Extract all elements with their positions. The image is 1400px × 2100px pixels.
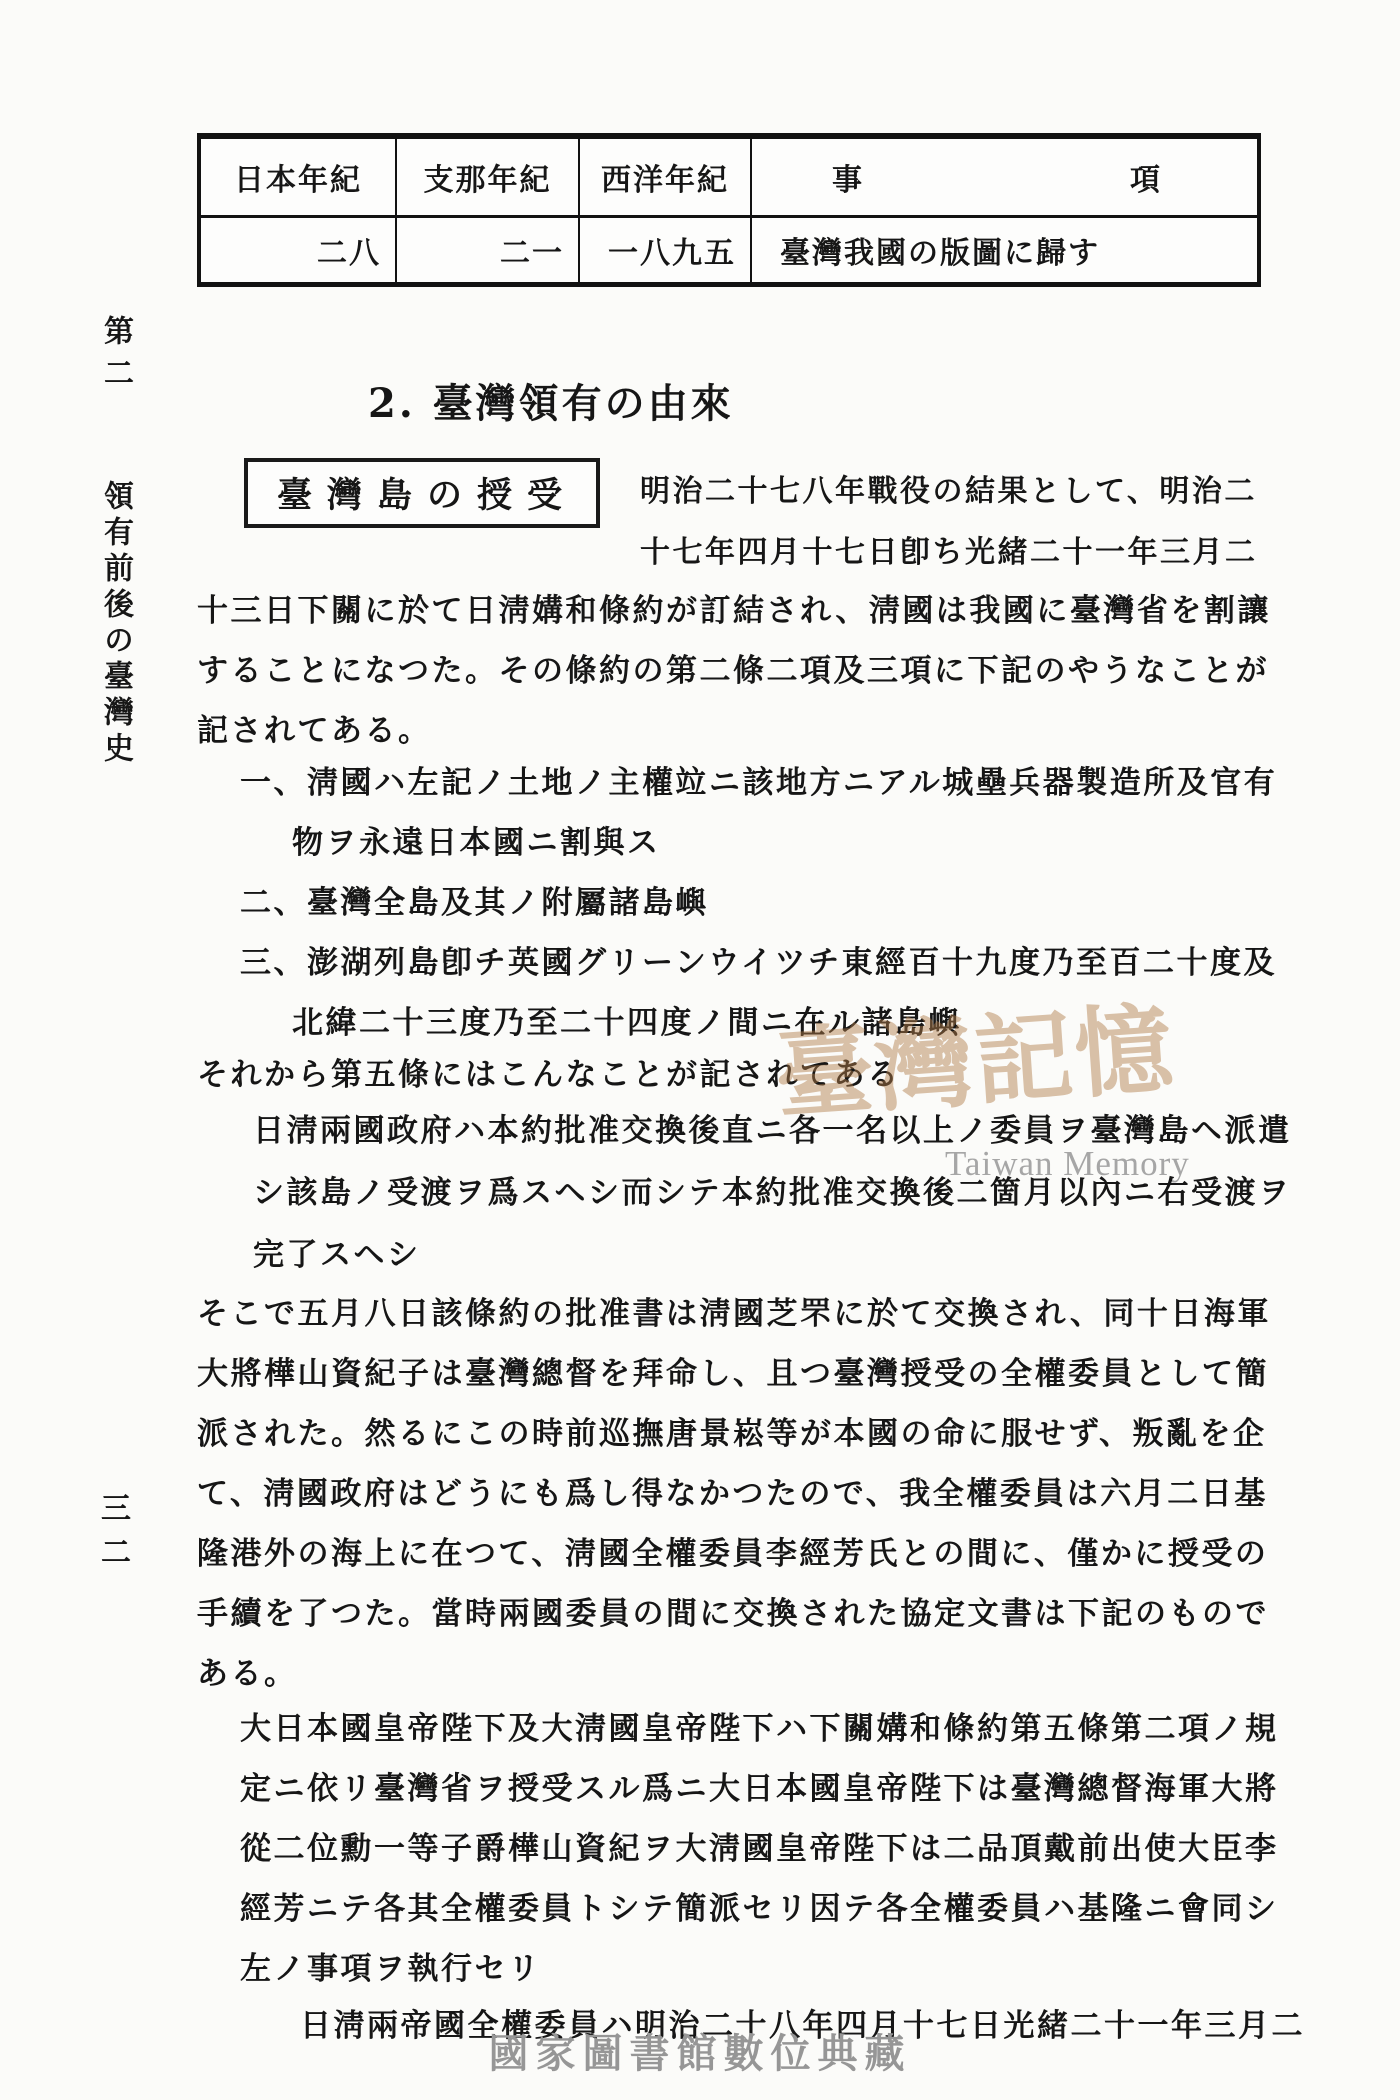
- chronology-table-header-row: 日本年紀 支那年紀 西洋年紀 事 項: [201, 139, 1257, 218]
- agreement-line: 從二位勳一等子爵樺山資紀ヲ大淸國皇帝陛下は二品頂戴前出使大臣李: [240, 1823, 1279, 1868]
- column-header-china-era: 支那年紀: [395, 139, 578, 215]
- treaty-item-line: 物ヲ永遠日本國ニ割與ス: [292, 817, 661, 862]
- body-line: ある。: [197, 1648, 298, 1693]
- column-header-western-era: 西洋年紀: [578, 139, 750, 215]
- treaty-item-line: 三、澎湖列島卽チ英國グリーンウイツチ東經百十九度乃至百二十度及: [240, 937, 1277, 982]
- quote-line: シ該島ノ受渡ヲ爲スヘシ而シテ本約批准交換後二箇月以內ニ右受渡ヲ: [253, 1167, 1292, 1212]
- event-header-right-char: 項: [1130, 155, 1162, 199]
- body-line: 手續を了つた。當時兩國委員の間に交換された協定文書は下記のもので: [197, 1588, 1269, 1633]
- treaty-item-line: 一、淸國ハ左記ノ土地ノ主權竝ニ該地方ニアル城壘兵器製造所及官有: [240, 757, 1277, 802]
- column-header-event: 事 項: [750, 139, 1257, 215]
- agreement-line: 左ノ事項ヲ執行セリ: [240, 1943, 542, 1988]
- margin-chapter-label: 第二 領有前後の臺灣史: [100, 315, 130, 768]
- quote-line: 日淸兩國政府ハ本約批准交換後直ニ各一名以上ノ委員ヲ臺灣島ヘ派遣: [253, 1105, 1292, 1150]
- intro-line: 十七年四月十七日卽ち光緒二十一年三月二: [640, 527, 1258, 571]
- body-line: 派された。然るにこの時前巡撫唐景崧等が本國の命に服せず、叛亂を企: [197, 1408, 1267, 1453]
- intro-line: 明治二十七八年戰役の結果として、明治二: [640, 466, 1258, 510]
- event-header-left-char: 事: [832, 155, 864, 199]
- body-line: 大將樺山資紀子は臺灣總督を拜命し、且つ臺灣授受の全權委員として簡: [197, 1348, 1269, 1393]
- page-number: 三二: [97, 1492, 127, 1580]
- body-line: 十三日下關に於て日淸媾和條約が訂結され、淸國は我國に臺灣省を割讓: [197, 585, 1271, 630]
- body-line: 隆港外の海上に在つて、淸國全權委員李經芳氏との間に、僅かに授受の: [197, 1528, 1268, 1573]
- cell-event: 臺灣我國の版圖に歸す: [750, 218, 1257, 282]
- treaty-item-line: 二、臺灣全島及其ノ附屬諸島嶼: [240, 877, 709, 922]
- body-line: することになつた。その條約の第二條二項及三項に下記のやうなことが: [197, 645, 1269, 690]
- body-line: て、淸國政府はどうにも爲し得なかつたので、我全權委員は六月二日基: [197, 1468, 1268, 1513]
- body-line: そこで五月八日該條約の批准書は淸國芝罘に於て交換され、同十日海軍: [197, 1288, 1271, 1333]
- cell-china-year: 二一: [395, 218, 578, 282]
- chapter-number: 第二: [98, 315, 133, 399]
- section-heading: 2. 臺灣領有の由來: [368, 372, 734, 429]
- cell-japan-year: 二八: [201, 218, 395, 282]
- boxed-topic-label: 臺灣島の授受: [244, 458, 600, 528]
- treaty-item-line: 北緯二十三度乃至二十四度ノ間ニ在ル諸島嶼: [292, 997, 962, 1042]
- column-header-japan-era: 日本年紀: [201, 139, 395, 215]
- agreement-line: 大日本國皇帝陛下及大淸國皇帝陛下ハ下關媾和條約第五條第二項ノ規: [240, 1703, 1279, 1748]
- body-line: 記されてある。: [197, 705, 432, 750]
- table-row: 二八 二一 一八九五 臺灣我國の版圖に歸す: [201, 218, 1257, 282]
- library-footer: 國家圖書館數位典藏: [0, 2022, 1400, 2079]
- scanned-book-page: { "table": { "columns": ["日本年紀", "支那年紀",…: [0, 0, 1400, 2100]
- agreement-line: 定ニ依リ臺灣省ヲ授受スル爲ニ大日本國皇帝陛下は臺灣總督海軍大將: [240, 1763, 1279, 1808]
- chronology-table: 日本年紀 支那年紀 西洋年紀 事 項 二八 二一 一八九五 臺灣我國の版圖に歸す: [197, 133, 1261, 287]
- cell-western-year: 一八九五: [578, 218, 750, 282]
- agreement-line: 經芳ニテ各其全權委員トシテ簡派セリ因テ各全權委員ハ基隆ニ會同シ: [240, 1883, 1279, 1928]
- chapter-title: 領有前後の臺灣史: [100, 480, 130, 768]
- body-line: それから第五條にはこんなことが記されてある: [197, 1049, 901, 1094]
- quote-line: 完了スヘシ: [253, 1229, 421, 1274]
